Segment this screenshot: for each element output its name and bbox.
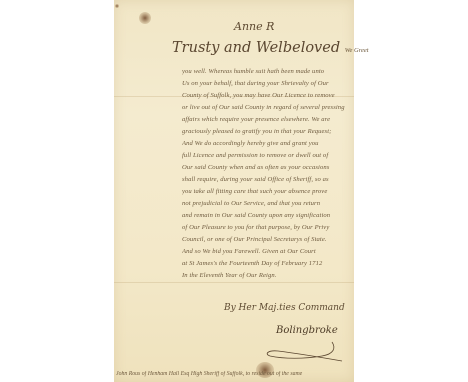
royal-sign-manual: Anne R [234, 20, 274, 33]
body-line: Us on your behalf, that during your Shri… [182, 80, 354, 87]
body-line: not prejudicial to Our Service, and that… [182, 200, 354, 207]
body-line: you well. Whereas humble suit hath been … [182, 68, 354, 75]
salutation: Trusty and Welbeloved We Greet [172, 40, 369, 56]
command-line: By Her Maj.ties Command [224, 303, 345, 313]
salutation-text: Trusty and Welbeloved [172, 40, 340, 56]
body-line: affairs which require your presence else… [182, 116, 354, 123]
body-line: you take all fitting care that such your… [182, 188, 354, 195]
manuscript-page: Anne R Trusty and Welbeloved We Greet yo… [114, 0, 354, 382]
signature-flourish-icon [264, 340, 344, 362]
fold-crease [114, 282, 354, 283]
body-line: And so We bid you Farewell. Given at Our… [182, 248, 354, 255]
docket-endorsement: John Rous of Henham Hall Esq High Sherif… [116, 371, 354, 377]
body-line: graciously pleased to gratify you in tha… [182, 128, 354, 135]
body-line: County of Suffolk, you may have Our Lice… [182, 92, 354, 99]
body-line: at St James's the Fourteenth Day of Febr… [182, 260, 354, 267]
countersignature: Bolingbroke [276, 325, 338, 336]
body-line: And We do accordingly hereby give and gr… [182, 140, 354, 147]
body-line: shall require, during your said Office o… [182, 176, 354, 183]
salutation-tail: We Greet [345, 47, 369, 54]
seal-stain-top [139, 12, 151, 24]
body-line: Our said County when and as often as you… [182, 164, 354, 171]
body-line: Council, or one of Our Principal Secreta… [182, 236, 354, 243]
body-line: In the Eleventh Year of Our Reign. [182, 272, 354, 279]
body-line: and remain in Our said County upon any s… [182, 212, 354, 219]
ink-spot [115, 4, 119, 8]
body-line: full Licence and permission to remove or… [182, 152, 354, 159]
body-line: of Our Pleasure to you for that purpose,… [182, 224, 354, 231]
body-line: or live out of Our said County in regard… [182, 104, 354, 111]
